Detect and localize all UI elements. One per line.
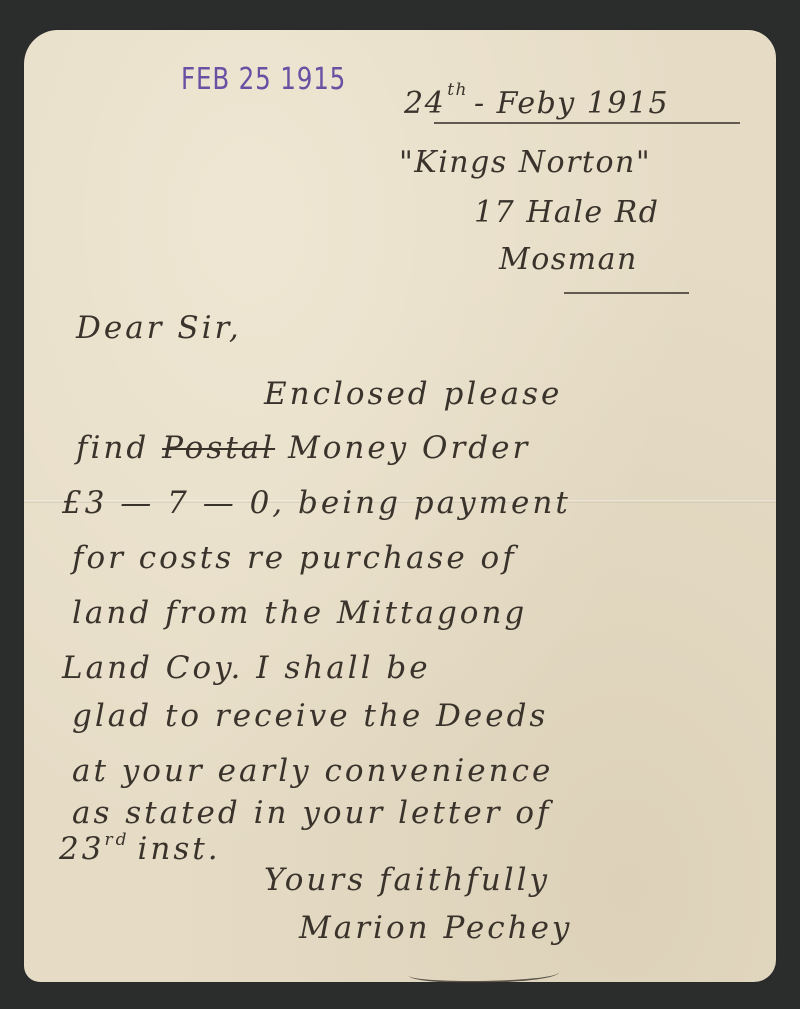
body-line-6: Land Coy. I shall be <box>62 650 431 686</box>
address-line-1: "Kings Norton" <box>399 145 651 180</box>
body-line-2-start: find <box>76 430 149 466</box>
body-line-8: at your early convenience <box>72 753 553 789</box>
body-line-5: land from the Mittagong <box>72 595 527 631</box>
body-line-2: find Postal Money Order <box>76 430 530 466</box>
address-underline <box>564 292 689 294</box>
perforated-edge-bottom <box>44 979 716 985</box>
perforated-edge-left <box>21 60 27 962</box>
referenced-date-suffix: rd <box>104 830 129 850</box>
signature: Marion Pechey <box>299 910 572 946</box>
body-line-1: Enclosed please <box>264 376 562 412</box>
referenced-date: 23 <box>59 831 104 867</box>
body-line-3-amount: £3 — 7 — 0, being payment <box>62 485 571 521</box>
date-month-year: Feby 1915 <box>497 86 669 121</box>
received-date-stamp: FEB 25 1915 <box>181 62 346 97</box>
address-line-2: 17 Hale Rd <box>474 195 659 230</box>
struck-word: Postal <box>162 430 275 466</box>
salutation: Dear Sir, <box>76 310 242 346</box>
letter-date: 24th- Feby 1915 <box>404 80 669 121</box>
address-line-3: Mosman <box>499 242 638 277</box>
perforated-edge-top <box>54 27 746 33</box>
body-line-9: as stated in your letter of <box>72 795 551 831</box>
body-line-10: 23rdinst. <box>59 830 221 867</box>
body-line-4: for costs re purchase of <box>72 540 517 576</box>
date-separator: - <box>474 86 486 121</box>
date-underline <box>434 122 740 124</box>
closing: Yours faithfully <box>264 862 550 898</box>
body-line-7: glad to receive the Deeds <box>72 698 548 734</box>
letter-card: FEB 25 1915 24th- Feby 1915 "Kings Norto… <box>24 30 776 982</box>
date-day-suffix: th <box>447 80 468 100</box>
body-line-2-end: Money Order <box>288 430 530 466</box>
body-line-10-end: inst. <box>137 831 220 867</box>
date-day: 24 <box>404 86 445 121</box>
